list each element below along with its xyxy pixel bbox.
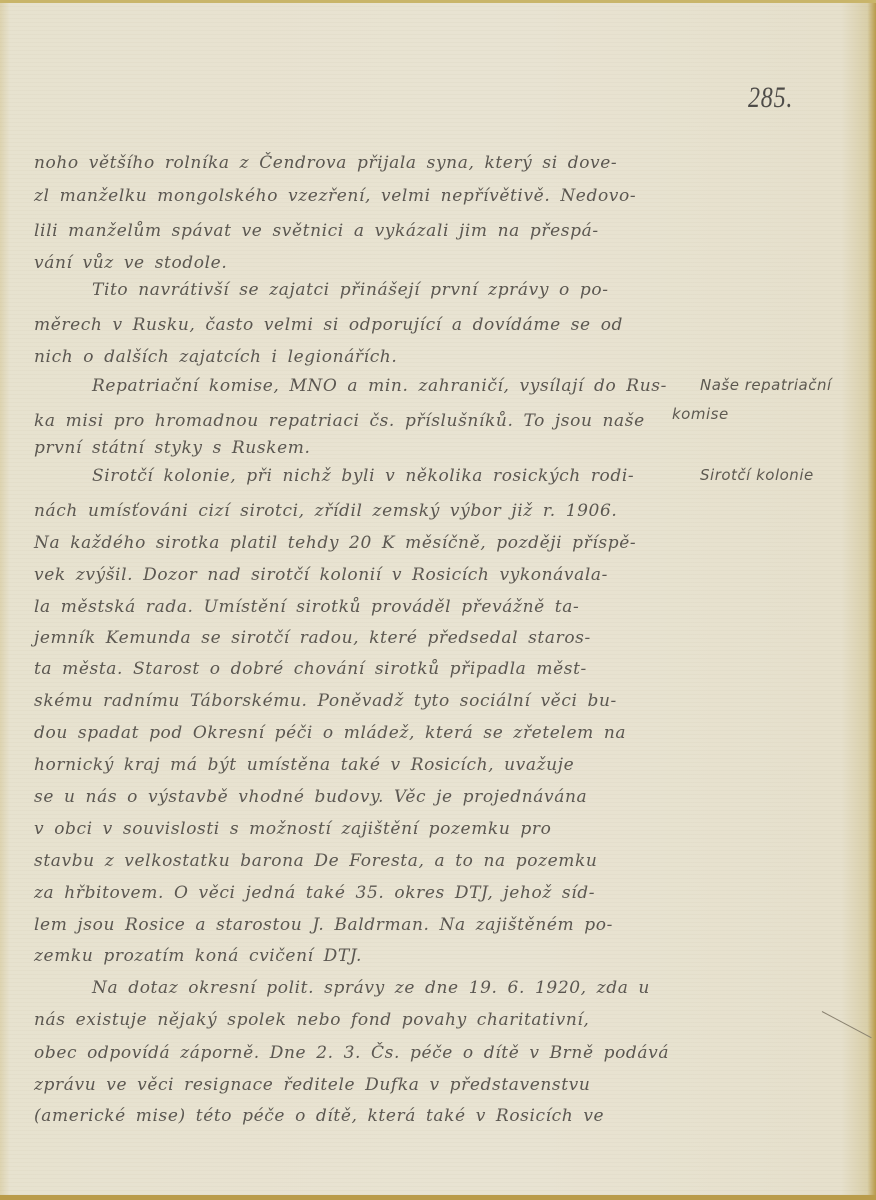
text-line: obec odpovídá záporně. Dne 2. 3. Čs. péč… (34, 1043, 669, 1063)
text-line: lili manželům spávat ve světnici a vykáz… (34, 221, 599, 241)
text-line: (americké mise) této péče o dítě, která … (34, 1106, 604, 1126)
text-line: nás existuje nějaký spolek nebo fond pov… (34, 1010, 589, 1030)
manuscript-page: 285. noho většího rolníka z Čendrova při… (0, 0, 876, 1200)
text-line: ta města. Starost o dobré chování sirotk… (34, 659, 587, 679)
text-line: v obci v souvislosti s možností zajištěn… (34, 819, 551, 839)
margin-note: Naše repatriační (700, 376, 832, 394)
margin-note: Sirotčí kolonie (700, 466, 814, 484)
text-line: nách umísťováni cizí sirotci, zřídil zem… (34, 501, 617, 521)
paper-tear-mark (822, 1011, 872, 1038)
text-line: dou spadat pod Okresní péči o mládež, kt… (34, 723, 626, 743)
text-line: zl manželku mongolského vzezření, velmi … (34, 186, 636, 206)
text-line: stavbu z velkostatku barona De Foresta, … (34, 851, 597, 871)
text-line: měrech v Rusku, často velmi si odporujíc… (34, 315, 623, 335)
text-line: jemník Kemunda se sirotčí radou, které p… (34, 628, 591, 648)
text-line: Repatriační komise, MNO a min. zahraničí… (92, 376, 667, 396)
text-line: skému radnímu Táborskému. Poněvadž tyto … (34, 691, 617, 711)
text-line: hornický kraj má být umístěna také v Ros… (34, 755, 574, 775)
text-line: vek zvýšil. Dozor nad sirotčí kolonií v … (34, 565, 608, 585)
text-line: Tito navrátivší se zajatci přinášejí prv… (92, 280, 609, 300)
text-line: lem jsou Rosice a starostou J. Baldrman.… (34, 915, 613, 935)
text-line: zemku prozatím koná cvičení DTJ. (34, 946, 362, 966)
text-line: Na dotaz okresní polit. správy ze dne 19… (92, 978, 650, 998)
text-line: zprávu ve věci resignace ředitele Dufka … (34, 1075, 590, 1095)
page-number: 285. (748, 81, 793, 115)
margin-note: komise (672, 405, 729, 423)
text-line: nich o dalších zajatcích i legionářích. (34, 347, 397, 367)
text-line: Sirotčí kolonie, při nichž byli v několi… (92, 466, 634, 486)
text-line: první státní styky s Ruskem. (34, 438, 310, 458)
text-line: noho většího rolníka z Čendrova přijala … (34, 153, 617, 173)
text-line: vání vůz ve stodole. (34, 253, 227, 273)
text-line: la městská rada. Umístění sirotků provád… (34, 597, 579, 617)
text-line: se u nás o výstavbě vhodné budovy. Věc j… (34, 787, 587, 807)
text-line: ka misi pro hromadnou repatriaci čs. pří… (34, 411, 645, 431)
text-line: Na každého sirotka platil tehdy 20 K měs… (34, 533, 636, 553)
text-line: za hřbitovem. O věci jedná také 35. okre… (34, 883, 595, 903)
